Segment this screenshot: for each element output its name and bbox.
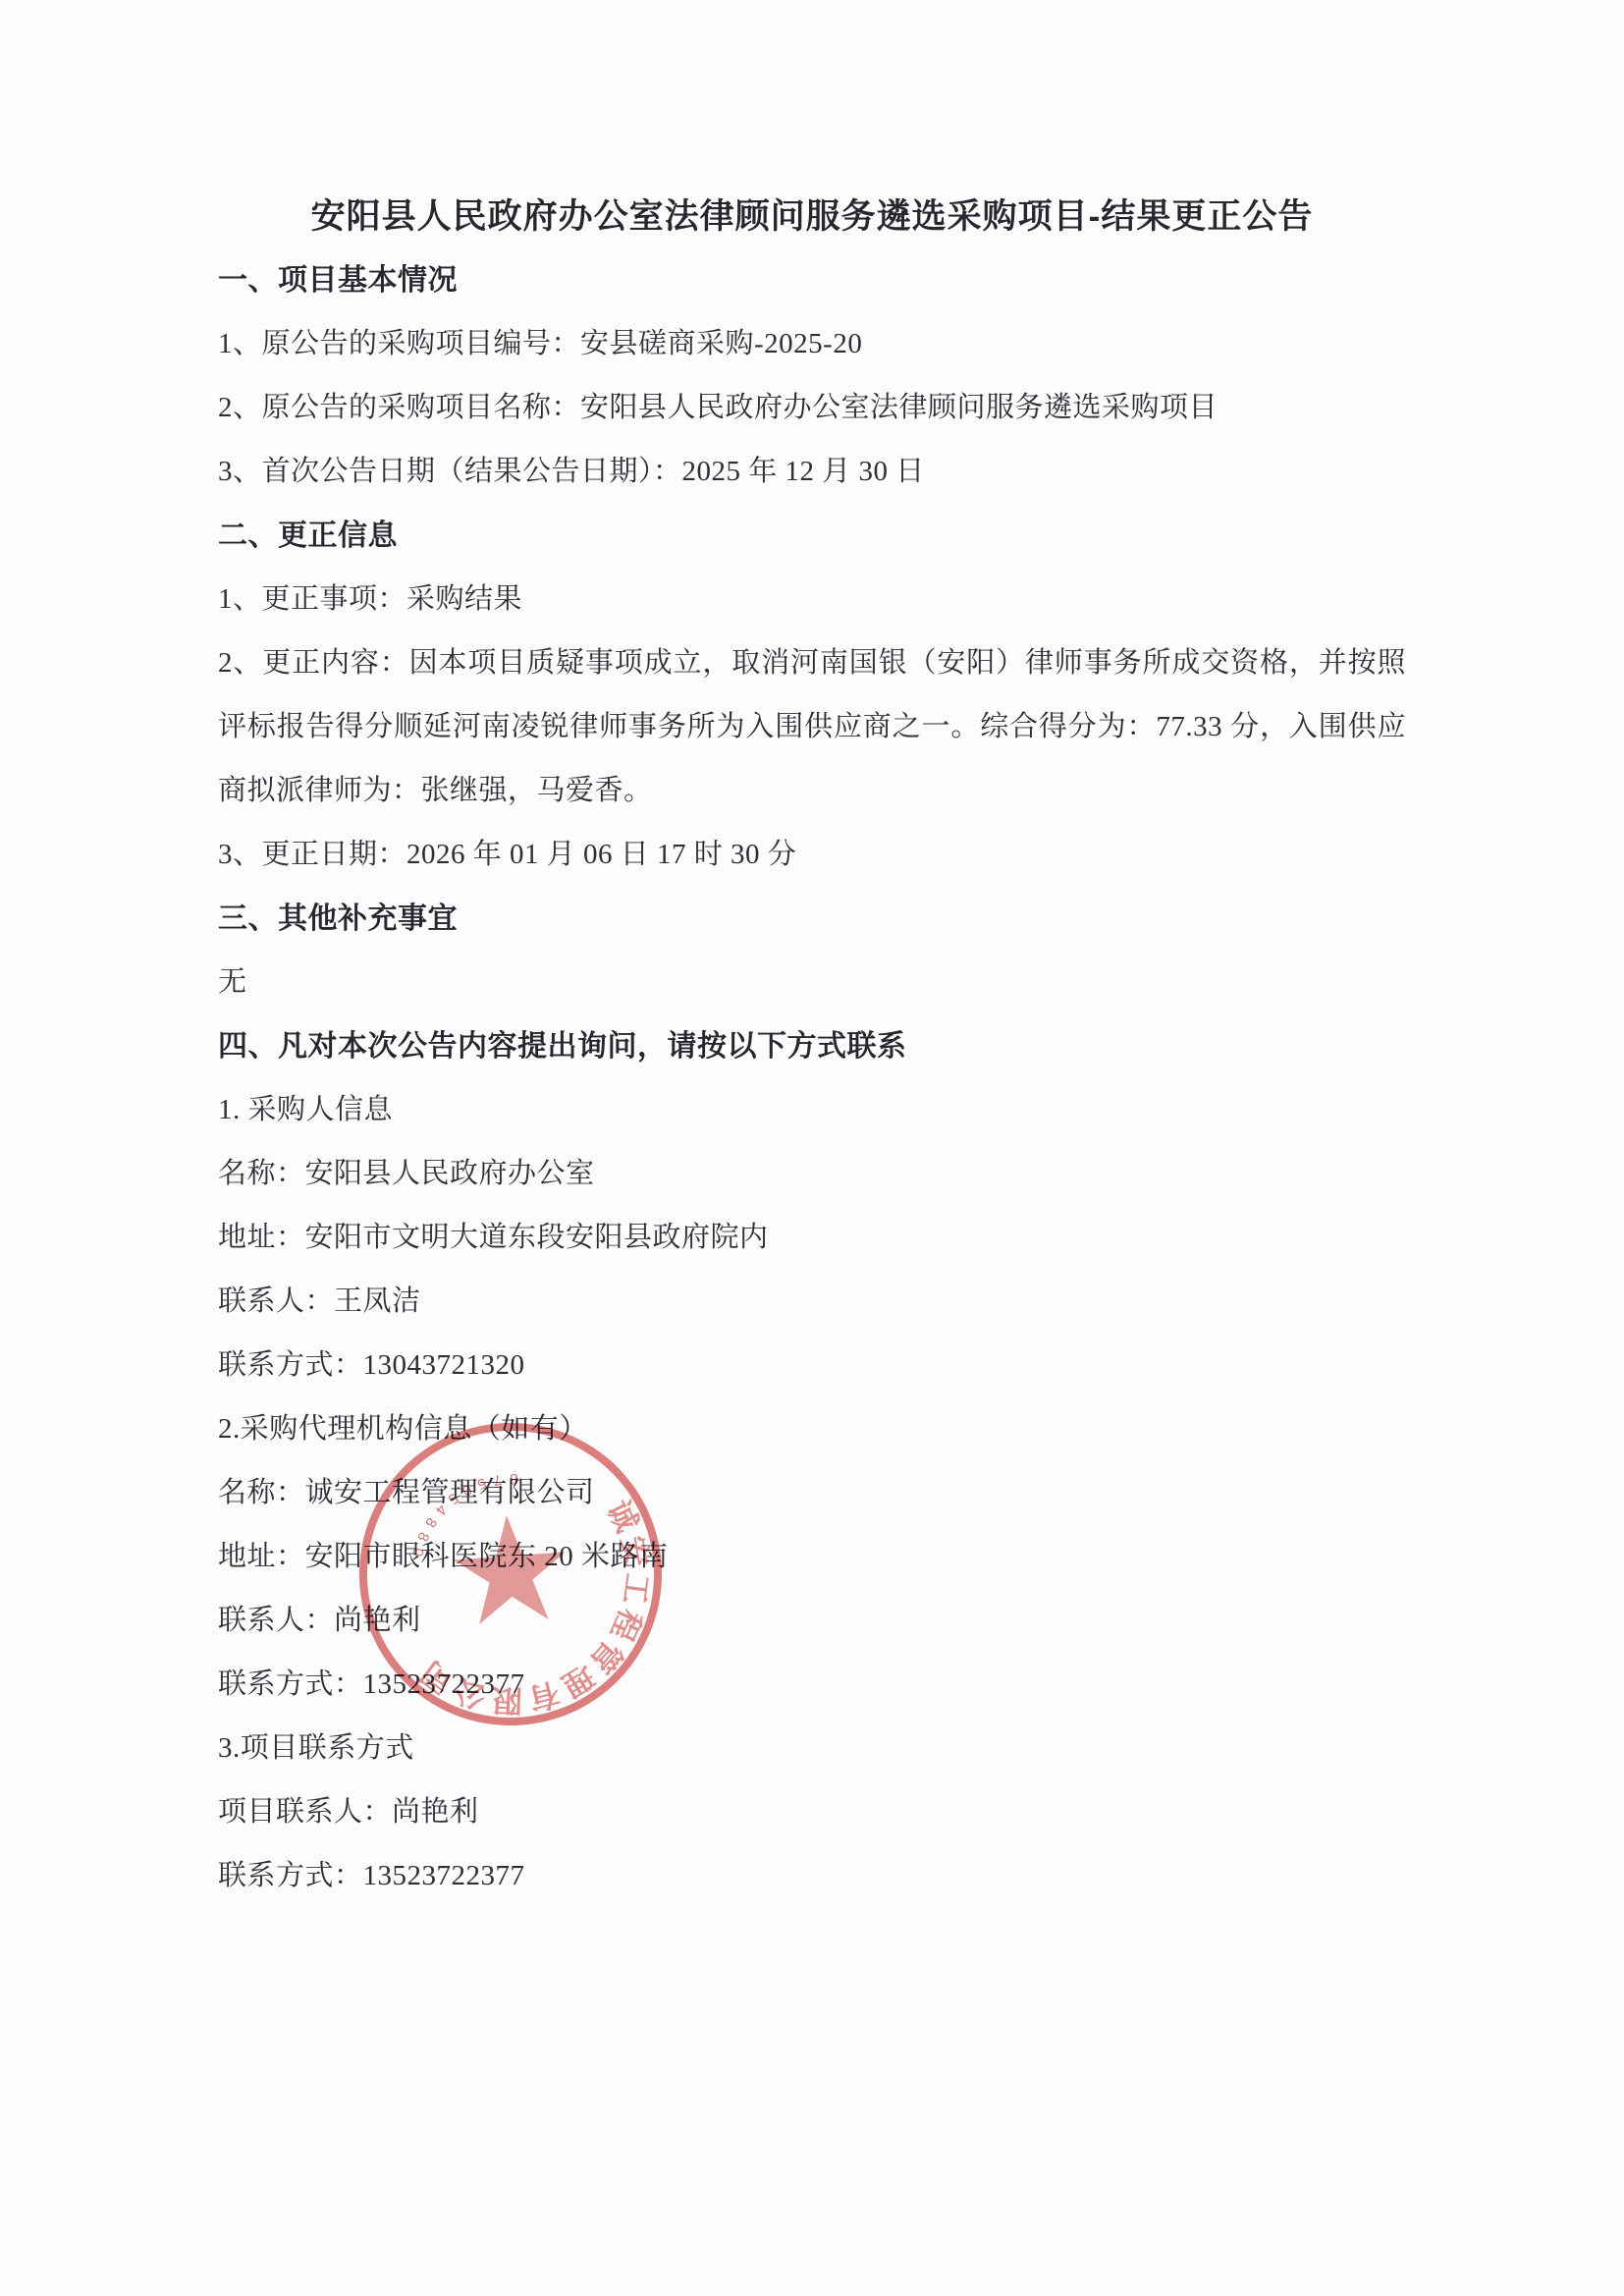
section2-heading: 二、更正信息 (218, 504, 1406, 568)
project-contact-phone: 联系方式：13523722377 (218, 1844, 1406, 1908)
section1-heading: 一、项目基本情况 (218, 248, 1406, 312)
section1-item2: 2、原公告的采购项目名称：安阳县人民政府办公室法律顾问服务遴选采购项目 (218, 376, 1406, 440)
project-contact-heading: 3.项目联系方式 (218, 1717, 1406, 1780)
section3-heading: 三、其他补充事宜 (218, 887, 1406, 951)
agency-name: 名称：诚安工程管理有限公司 (218, 1461, 1406, 1525)
agency-heading: 2.采购代理机构信息（如有） (218, 1397, 1406, 1461)
agency-contact: 联系人：尚艳利 (218, 1589, 1406, 1653)
section2-item3: 3、更正日期：2026 年 01 月 06 日 17 时 30 分 (218, 823, 1406, 887)
purchaser-contact: 联系人：王凤洁 (218, 1270, 1406, 1334)
document-body: 一、项目基本情况 1、原公告的采购项目编号：安县磋商采购-2025-20 2、原… (218, 248, 1406, 1908)
agency-address: 地址：安阳市眼科医院东 20 米路南 (218, 1525, 1406, 1589)
purchaser-heading: 1. 采购人信息 (218, 1078, 1406, 1142)
section3-item1: 无 (218, 951, 1406, 1014)
purchaser-address: 地址：安阳市文明大道东段安阳县政府院内 (218, 1206, 1406, 1270)
purchaser-phone: 联系方式：13043721320 (218, 1334, 1406, 1397)
section1-item1: 1、原公告的采购项目编号：安县磋商采购-2025-20 (218, 312, 1406, 376)
section4-heading: 四、凡对本次公告内容提出询问，请按以下方式联系 (218, 1014, 1406, 1078)
scanned-announcement-page: 安阳县人民政府办公室法律顾问服务遴选采购项目-结果更正公告 一、项目基本情况 1… (0, 0, 1624, 2296)
purchaser-name: 名称：安阳县人民政府办公室 (218, 1142, 1406, 1206)
project-contact-person: 项目联系人：尚艳利 (218, 1780, 1406, 1844)
document-title: 安阳县人民政府办公室法律顾问服务遴选采购项目-结果更正公告 (218, 190, 1406, 239)
section1-item3: 3、首次公告日期（结果公告日期）：2025 年 12 月 30 日 (218, 440, 1406, 504)
section2-item2-correction-content: 2、更正内容：因本项目质疑事项成立，取消河南国银（安阳）律师事务所成交资格，并按… (218, 631, 1406, 823)
section2-item1: 1、更正事项：采购结果 (218, 568, 1406, 631)
agency-phone: 联系方式：13523722377 (218, 1653, 1406, 1717)
